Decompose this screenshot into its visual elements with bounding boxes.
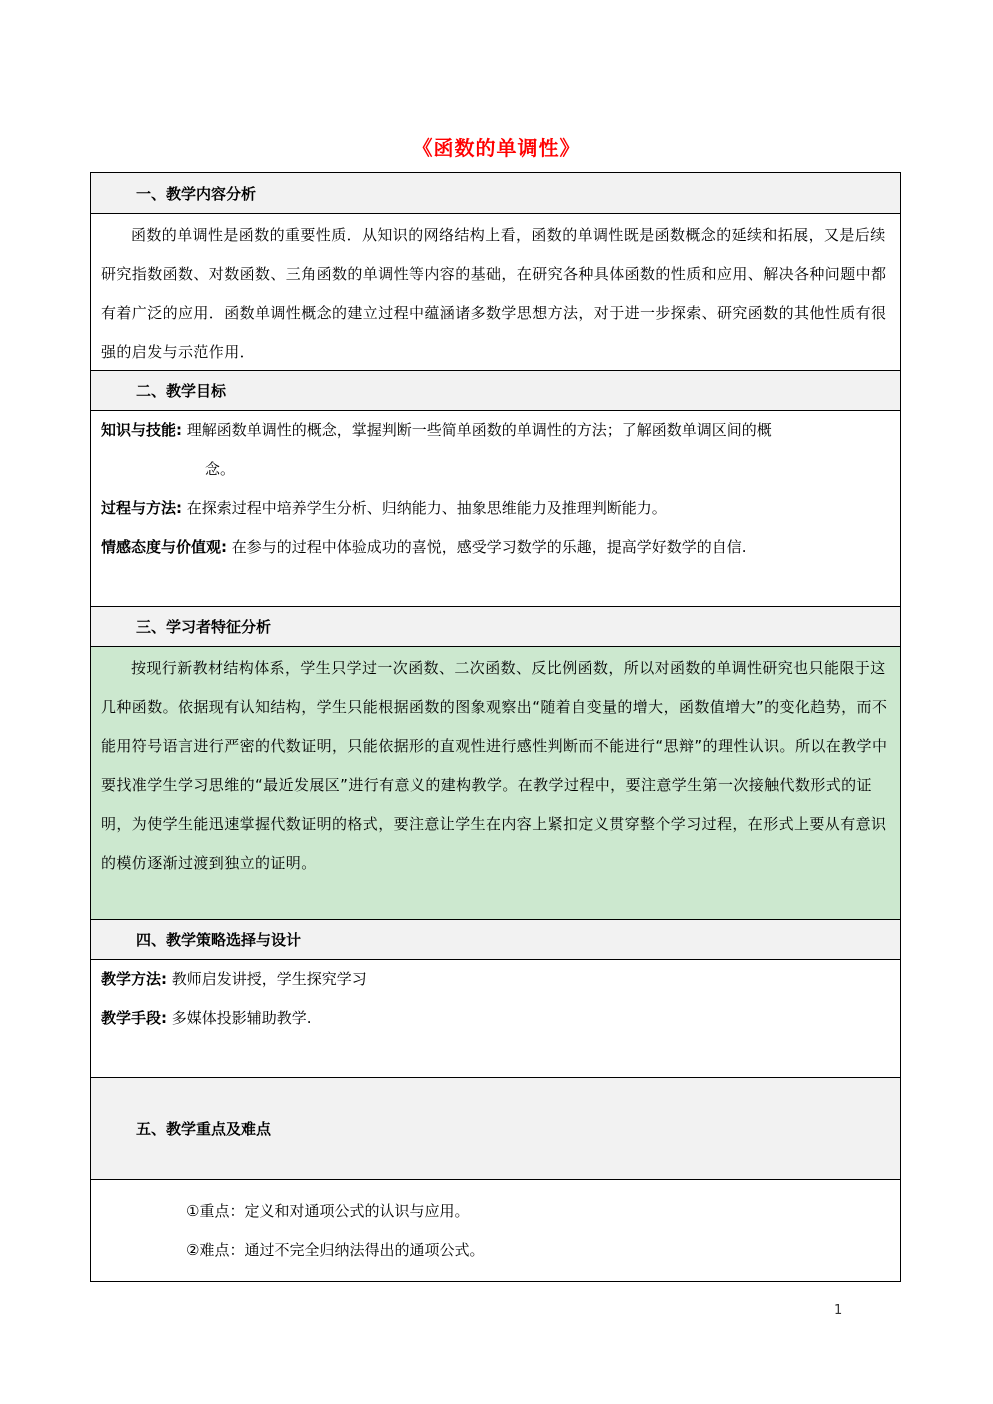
strategy-label: 教学手段:	[101, 1009, 167, 1027]
objective-label: 知识与技能:	[101, 421, 182, 439]
document-title: 《函数的单调性》	[0, 132, 993, 161]
section-heading-strategy: 四、教学策略选择与设计	[91, 919, 900, 959]
strategy-text: 教师启发讲授，学生探究学习	[172, 970, 367, 988]
objective-attitude: 情感态度与价值观: 在参与的过程中体验成功的喜悦，感受学习数学的乐趣，提高学好数…	[101, 528, 890, 567]
heading-text: 五、教学重点及难点	[136, 1118, 271, 1139]
section-heading-learner-analysis: 三、学习者特征分析	[91, 606, 900, 646]
lesson-plan-table: 一、教学内容分析 函数的单调性是函数的重要性质．从知识的网络结构上看，函数的单调…	[90, 172, 901, 1282]
objective-text: 在参与的过程中体验成功的喜悦，感受学习数学的乐趣，提高学好数学的自信.	[232, 538, 747, 556]
heading-text: 二、教学目标	[136, 380, 226, 401]
objective-label: 过程与方法:	[101, 499, 182, 517]
objective-knowledge-continued: 念。	[101, 450, 890, 489]
objective-text: 在探索过程中培养学生分析、归纳能力、抽象思维能力及推理判断能力。	[187, 499, 667, 517]
strategy-label: 教学方法:	[101, 970, 167, 988]
key-point-difficulty: ②难点：通过不完全归纳法得出的通项公式。	[101, 1231, 890, 1270]
heading-text: 三、学习者特征分析	[136, 616, 271, 637]
key-point-focus: ①重点：定义和对通项公式的认识与应用。	[101, 1192, 890, 1231]
learner-analysis-text: 按现行新教材结构体系，学生只学过一次函数、二次函数、反比例函数，所以对函数的单调…	[101, 649, 890, 883]
section-heading-objectives: 二、教学目标	[91, 370, 900, 410]
content-analysis-body: 函数的单调性是函数的重要性质．从知识的网络结构上看，函数的单调性既是函数概念的延…	[91, 213, 900, 370]
page-number: 1	[834, 1303, 842, 1318]
heading-text: 四、教学策略选择与设计	[136, 929, 301, 950]
strategy-means: 教学手段: 多媒体投影辅助教学.	[101, 999, 890, 1038]
learner-analysis-body: 按现行新教材结构体系，学生只学过一次函数、二次函数、反比例函数，所以对函数的单调…	[91, 646, 900, 919]
objective-label: 情感态度与价值观:	[101, 538, 227, 556]
objectives-body: 知识与技能: 理解函数单调性的概念，掌握判断一些简单函数的单调性的方法；了解函数…	[91, 410, 900, 606]
objective-text: 理解函数单调性的概念，掌握判断一些简单函数的单调性的方法；了解函数单调区间的概	[187, 421, 772, 439]
objective-process: 过程与方法: 在探索过程中培养学生分析、归纳能力、抽象思维能力及推理判断能力。	[101, 489, 890, 528]
key-points-body: ①重点：定义和对通项公式的认识与应用。 ②难点：通过不完全归纳法得出的通项公式。	[91, 1179, 900, 1281]
section-heading-key-points: 五、教学重点及难点	[91, 1077, 900, 1179]
strategy-method: 教学方法: 教师启发讲授，学生探究学习	[101, 960, 890, 999]
strategy-body: 教学方法: 教师启发讲授，学生探究学习 教学手段: 多媒体投影辅助教学.	[91, 959, 900, 1077]
content-analysis-text: 函数的单调性是函数的重要性质．从知识的网络结构上看，函数的单调性既是函数概念的延…	[101, 216, 890, 372]
heading-text: 一、教学内容分析	[136, 183, 256, 204]
strategy-text: 多媒体投影辅助教学.	[172, 1009, 312, 1027]
section-heading-content-analysis: 一、教学内容分析	[91, 173, 900, 213]
objective-knowledge: 知识与技能: 理解函数单调性的概念，掌握判断一些简单函数的单调性的方法；了解函数…	[101, 411, 890, 450]
